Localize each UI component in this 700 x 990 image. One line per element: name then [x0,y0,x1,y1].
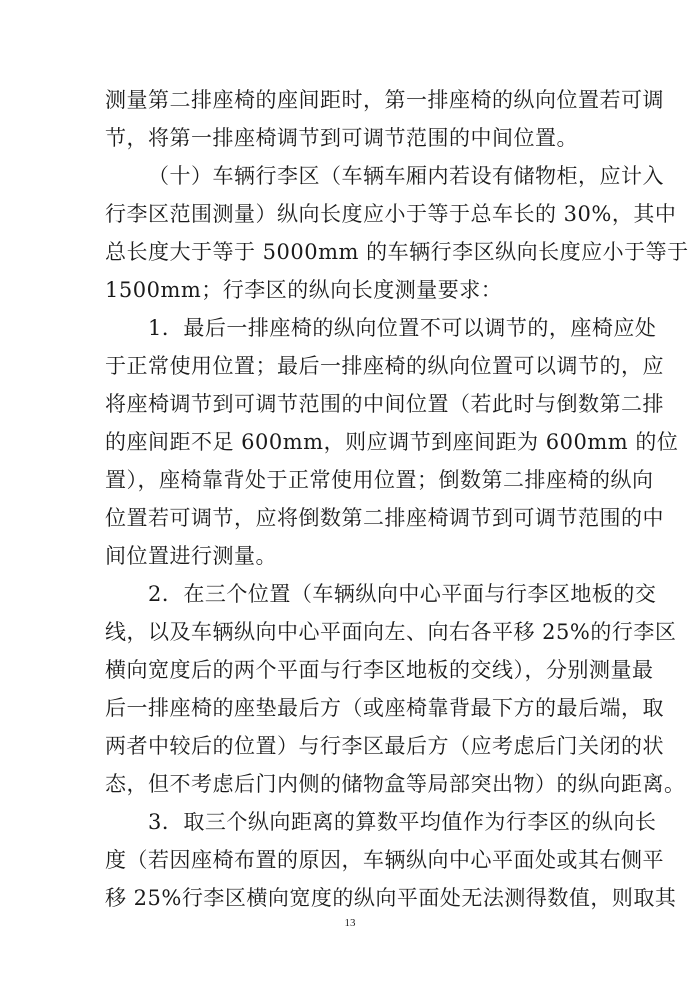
text-line-11: 置），座椅靠背处于正常使用位置；倒数第二排座椅的纵向 [105,467,593,493]
list-item-2-start: 2．在三个位置（车辆纵向中心平面与行李区地板的交 [148,581,593,607]
list-item-1-start: 1．最后一排座椅的纵向位置不可以调节的，座椅应处 [148,315,593,341]
text-line-19: 态，但不考虑后门内侧的储物盒等局部突出物）的纵向距离。 [105,771,593,797]
text-line-8: 于正常使用位置；最后一排座椅的纵向位置可以调节的，应 [105,353,593,379]
section-heading-ten: （十）车辆行李区（车辆车厢内若设有储物柜，应计入 [148,163,593,189]
text-line-16: 横向宽度后的两个平面与行李区地板的交线），分别测量最 [105,657,593,683]
text-line-13: 间位置进行测量。 [105,543,593,569]
text-line-12: 位置若可调节，应将倒数第二排座椅调节到可调节范围的中 [105,505,593,531]
text-line-10: 的座间距不足 600mm，则应调节到座间距为 600mm 的位 [105,429,593,455]
text-line-6: 1500mm；行李区的纵向长度测量要求： [105,277,593,303]
text-line-9: 将座椅调节到可调节范围的中间位置（若此时与倒数第二排 [105,391,593,417]
text-line-1: 测量第二排座椅的座间距时，第一排座椅的纵向位置若可调 [105,87,593,113]
document-page: 测量第二排座椅的座间距时，第一排座椅的纵向位置若可调 节，将第一排座椅调节到可调… [0,0,700,990]
text-line-17: 后一排座椅的座垫最后方（或座椅靠背最下方的最后端，取 [105,695,593,721]
text-line-21: 度（若因座椅布置的原因，车辆纵向中心平面处或其右侧平 [105,847,593,873]
page-number: 13 [0,917,700,929]
text-line-18: 两者中较后的位置）与行李区最后方（应考虑后门关闭的状 [105,733,593,759]
text-line-15: 线，以及车辆纵向中心平面向左、向右各平移 25%的行李区 [105,619,593,645]
text-line-4: 行李区范围测量）纵向长度应小于等于总车长的 30%，其中 [105,201,593,227]
text-line-2: 节，将第一排座椅调节到可调节范围的中间位置。 [105,125,593,151]
text-line-22: 移 25%行李区横向宽度的纵向平面处无法测得数值，则取其 [105,885,593,911]
text-line-5: 总长度大于等于 5000mm 的车辆行李区纵向长度应小于等于 [105,239,593,265]
list-item-3-start: 3．取三个纵向距离的算数平均值作为行李区的纵向长 [148,809,593,835]
